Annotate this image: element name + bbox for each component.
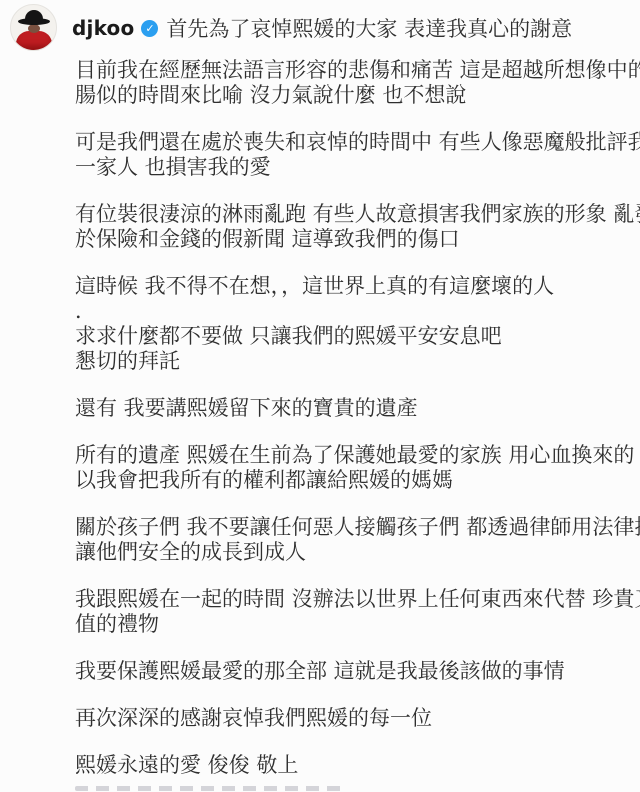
verified-badge-icon: ✓ (141, 20, 158, 37)
avatar-face (28, 24, 40, 33)
post-header: djkoo ✓ 首先為了哀悼熙媛的大家 表達我真心的謝意 (0, 0, 640, 51)
post-text-line: 還有 我要講熙媛留下來的寶貴的遺產 (75, 396, 626, 421)
post-text-line: 讓他們安全的成長到成人 (75, 540, 626, 565)
post-text-line: 可是我們還在處於喪失和哀悼的時間中 有些人像惡魔般批評我們 (75, 130, 626, 155)
avatar[interactable] (10, 4, 57, 51)
post-text-line: 懇切的拜託 (75, 349, 626, 374)
caption-body: 目前我在經歷無法語言形容的悲傷和痛苦 這是超越所想像中的斷 腸似的時間來比喻 沒… (0, 51, 640, 791)
post-text-line: 關於孩子們 我不要讓任何惡人接觸孩子們 都透過律師用法律措施 (75, 515, 626, 540)
post-text-line: 於保險和金錢的假新聞 這導致我們的傷口 (75, 227, 626, 252)
post-text-line: 熙媛永遠的愛 俊俊 敬上 (75, 753, 626, 778)
post-text-line: 以我會把我所有的權利都讓給熙媛的媽媽 (75, 468, 626, 493)
post-text-line: 我跟熙媛在一起的時間 沒辦法以世界上任何東西來代替 珍貴又價 (75, 587, 626, 612)
post-text-line: ． (75, 299, 626, 324)
paragraph: 所有的遺產 熙媛在生前為了保護她最愛的家族 用心血換來的 所 以我會把我所有的權… (75, 443, 626, 493)
paragraph: 我跟熙媛在一起的時間 沒辦法以世界上任何東西來代替 珍貴又價 值的禮物 (75, 587, 626, 637)
post-text-line: 我要保護熙媛最愛的那全部 這就是我最後該做的事情 (75, 659, 626, 684)
cropped-bottom-text-line (75, 786, 343, 791)
paragraph: 我要保護熙媛最愛的那全部 這就是我最後該做的事情 (75, 659, 626, 684)
paragraph: 有位裝很淒涼的淋雨亂跑 有些人故意損害我們家族的形象 亂發關 於保險和金錢的假新… (75, 202, 626, 252)
avatar-red-shirt (16, 31, 52, 51)
post-text-line: 腸似的時間來比喻 沒力氣說什麼 也不想說 (75, 83, 626, 108)
caption-lead-text: 首先為了哀悼熙媛的大家 表達我真心的謝意 (166, 13, 572, 43)
paragraph-signoff: 熙媛永遠的愛 俊俊 敬上 (75, 753, 626, 778)
post-text-line: 目前我在經歷無法語言形容的悲傷和痛苦 這是超越所想像中的斷 (75, 58, 626, 83)
paragraph: 還有 我要講熙媛留下來的寶貴的遺產 (75, 396, 626, 421)
post-text-line: 求求什麼都不要做 只讓我們的熙媛平安安息吧 (75, 324, 626, 349)
paragraph: 再次深深的感謝哀悼我們熙媛的每一位 (75, 706, 626, 731)
post-text-line: 一家人 也損害我的愛 (75, 155, 626, 180)
paragraph: 可是我們還在處於喪失和哀悼的時間中 有些人像惡魔般批評我們 一家人 也損害我的愛 (75, 130, 626, 180)
post-text-line: 值的禮物 (75, 612, 626, 637)
post-text-line: 所有的遺產 熙媛在生前為了保護她最愛的家族 用心血換來的 所 (75, 443, 626, 468)
post-text-line: 有位裝很淒涼的淋雨亂跑 有些人故意損害我們家族的形象 亂發關 (75, 202, 626, 227)
avatar-hat-crown (25, 10, 43, 21)
username[interactable]: djkoo (72, 16, 134, 40)
instagram-post: djkoo ✓ 首先為了哀悼熙媛的大家 表達我真心的謝意 目前我在經歷無法語言形… (0, 0, 640, 792)
paragraph: 這時候 我不得不在想，，這世界上真的有這麼壞的人 ． 求求什麼都不要做 只讓我們… (75, 274, 626, 374)
paragraph: 目前我在經歷無法語言形容的悲傷和痛苦 這是超越所想像中的斷 腸似的時間來比喻 沒… (75, 58, 626, 108)
post-text-line: 再次深深的感謝哀悼我們熙媛的每一位 (75, 706, 626, 731)
paragraph: 關於孩子們 我不要讓任何惡人接觸孩子們 都透過律師用法律措施 讓他們安全的成長到… (75, 515, 626, 565)
post-text-line: 這時候 我不得不在想，，這世界上真的有這麼壞的人 (75, 274, 626, 299)
header-line: djkoo ✓ 首先為了哀悼熙媛的大家 表達我真心的謝意 (72, 13, 572, 43)
